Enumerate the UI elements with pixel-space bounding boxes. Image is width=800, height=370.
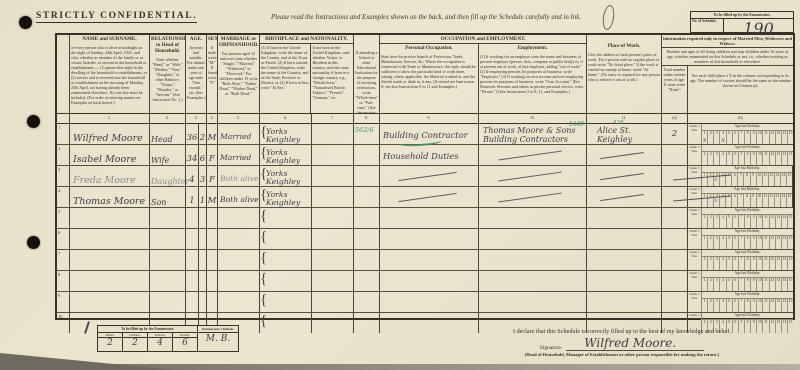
marriage-cell: Married: [218, 124, 260, 144]
children-total-cell: [662, 166, 688, 186]
birthplace-cell: {: [260, 313, 312, 333]
employment-cell: [479, 250, 587, 270]
declaration-text: I declare that this Schedule is correctl…: [452, 328, 792, 335]
employment-cell: [479, 229, 587, 249]
under-one-year-label: Under 1 Year.: [688, 145, 702, 165]
header-marriage: MARRIAGE or ORPHANHOOD. For persons aged…: [218, 35, 260, 113]
education-cell: [354, 250, 380, 270]
child-age-cross: x: [720, 135, 725, 144]
header-nationality: If not born in the United Kingdom, state…: [311, 44, 353, 113]
employment-cell: [479, 187, 587, 207]
marriage-cell: Both alive: [218, 166, 260, 186]
employment-cell: [479, 292, 587, 312]
row-number: 9: [57, 292, 70, 312]
header-row-number: [57, 35, 70, 113]
marriage-cell: [218, 208, 260, 228]
schedule-number-label: No. of Schedule.: [691, 19, 724, 32]
name-cell: Freda Moore: [70, 166, 150, 186]
header-sex: SEX. If male write "M." If female write …: [207, 35, 218, 113]
place-of-work-cell: [587, 292, 662, 312]
education-cell: [354, 166, 380, 186]
age-last-birthday-label: Age last Birthday.: [702, 187, 792, 194]
name-cell: Thomas Moore: [70, 187, 150, 207]
nationality-cell: [312, 208, 354, 228]
column-number-row: 1.2.3.4.5.6.7.8.9.10.11.(a)(b): [57, 114, 793, 124]
row-number: 10: [57, 313, 70, 333]
children-total-cell: [662, 187, 688, 207]
schedule-number-box: To be filled up by the Enumerator. No. o…: [690, 11, 794, 33]
schedule-row-8: 8{Under 1 Year.Age last Birthday.1234567…: [57, 271, 793, 292]
occupation-cell: [380, 250, 479, 270]
children-total-cell: [662, 250, 688, 270]
name-cell: [70, 208, 150, 228]
under-one-year-label: Under 1 Year.: [688, 208, 702, 228]
summary-header-rooms: Rooms.: [173, 333, 197, 337]
occupation-cell: Household Duties: [380, 145, 479, 165]
signature-value: Wilfred Moore.: [566, 336, 704, 351]
summary-value-persons: 4: [148, 338, 173, 351]
summary-header-persons: Persons.: [148, 333, 173, 337]
schedule-row-7: 7{Under 1 Year.Age last Birthday.1234567…: [57, 250, 793, 271]
age-last-birthday-label: Age last Birthday.: [702, 229, 793, 236]
occupation-cell: [380, 229, 479, 249]
relationship-cell: [150, 271, 186, 291]
birthplace-cell: {: [260, 229, 312, 249]
marriage-cell: [218, 229, 260, 249]
relationship-cell: [150, 250, 186, 270]
schedule-table: NAME and SURNAME. of every person who is…: [55, 33, 795, 320]
punch-hole: [19, 16, 32, 29]
header-age: AGE. In years and months. For infants un…: [186, 35, 207, 113]
marriage-cell: Married: [218, 145, 260, 165]
header-name: NAME and SURNAME. of every person who is…: [70, 35, 150, 113]
punch-hole: [27, 115, 40, 128]
age-months-cell: [199, 250, 207, 270]
children-age-grid: Under 1 Year.Age last Birthday.123456789…: [688, 250, 793, 270]
relationship-cell: Daughter: [150, 166, 186, 186]
birthplace-cell: {: [260, 208, 312, 228]
age-column-15: 15: [788, 236, 793, 249]
employment-cell: [479, 208, 587, 228]
name-cell: Wilfred Moore: [70, 124, 150, 144]
age-months-cell: 3: [199, 166, 207, 186]
ink-mark: [601, 4, 616, 30]
under-one-year-label: Under 1 Year.: [688, 250, 702, 270]
column-number: [57, 114, 70, 123]
summary-header-males: Males.: [98, 333, 123, 337]
children-total-cell: [662, 271, 688, 291]
header-relationship: RELATIONSHIP to Head of Household. State…: [150, 35, 186, 113]
schedule-row-6: 6{Under 1 Year.Age last Birthday.1234567…: [57, 229, 793, 250]
occupation-cell: [380, 271, 479, 291]
education-cell: [354, 145, 380, 165]
nationality-cell: [312, 229, 354, 249]
sex-cell: F: [207, 145, 218, 165]
age-last-birthday-label: Age last Birthday.: [702, 166, 792, 173]
column-number: (a): [662, 114, 688, 123]
birthplace-cell: {: [260, 250, 312, 270]
age-years-cell: 1: [186, 187, 199, 207]
sex-cell: M: [207, 187, 218, 207]
sex-cell: F: [207, 166, 218, 186]
children-total-cell: [662, 208, 688, 228]
header-personal-occupation: Personal Occupation. State here the prec…: [380, 44, 479, 113]
age-last-birthday-label: Age last Birthday.: [702, 271, 793, 278]
children-total-cell: 2: [662, 124, 688, 144]
nationality-cell: [312, 145, 354, 165]
schedule-row-5: 5{Under 1 Year.Age last Birthday.1234567…: [57, 208, 793, 229]
age-months-cell: [199, 229, 207, 249]
nationality-cell: [312, 250, 354, 270]
relationship-cell: [150, 229, 186, 249]
schedule-row-3: 3Freda MooreDaughter43FBoth alive{YorksK…: [57, 166, 793, 187]
place-of-work-cell: [587, 229, 662, 249]
schedule-row-1: 1Wilfred MooreHead362MMarried{YorksKeigh…: [57, 124, 793, 145]
age-years-cell: 4: [186, 166, 199, 186]
sex-cell: [207, 292, 218, 312]
table-body: 1Wilfred MooreHead362MMarried{YorksKeigh…: [57, 124, 793, 333]
name-cell: [70, 229, 150, 249]
age-column-15: 15: [788, 215, 793, 228]
age-column-15: 15: [788, 299, 793, 312]
age-last-birthday-label: Age last Birthday.: [702, 250, 793, 257]
schedule-row-2: 2Isabel MooreWife346FMarried{YorksKeighl…: [57, 145, 793, 166]
column-number: 9.: [380, 114, 479, 123]
place-of-work-cell: [587, 145, 662, 165]
column-number: 7.: [312, 114, 354, 123]
marriage-cell: [218, 271, 260, 291]
age-months-cell: 2: [199, 124, 207, 144]
declaration-block: I declare that this Schedule is correctl…: [452, 328, 792, 357]
column-number: 2.: [150, 114, 186, 123]
birthplace-cell: {: [260, 271, 312, 291]
age-years-cell: [186, 292, 199, 312]
declaration-note: (Head of Household, Manager of Establish…: [452, 352, 792, 357]
age-months-cell: [199, 271, 207, 291]
age-months-cell: 6: [199, 145, 207, 165]
under-one-year-label: Under 1 Year.: [688, 292, 702, 312]
education-cell: [354, 208, 380, 228]
enumerator-summary-box: To be filled up by the Enumerator. Males…: [97, 325, 239, 352]
age-last-birthday-label: Age last Birthday.: [702, 292, 793, 299]
marriage-cell: [218, 292, 260, 312]
sex-cell: [207, 208, 218, 228]
age-months-cell: [199, 292, 207, 312]
birthplace-cell: {YorksKeighley: [260, 124, 312, 144]
age-years-cell: [186, 271, 199, 291]
under-one-year-label: Under 1 Year.: [688, 271, 702, 291]
children-age-grid: Under 1 Year.Age last Birthday.123456789…: [688, 145, 793, 165]
row-number: 4: [57, 187, 70, 207]
header-birthplace: (1) If born in the United Kingdom, write…: [260, 44, 311, 113]
scan-corner: [0, 353, 175, 370]
enumerator-initials-value: M. B.: [198, 333, 238, 344]
header-occupation-group: OCCUPATION and EMPLOYMENT. Personal Occu…: [380, 35, 587, 113]
relationship-cell: Son: [150, 187, 186, 207]
education-cell: 562/6: [354, 124, 380, 144]
sex-cell: M: [207, 124, 218, 144]
employment-cell: [479, 145, 587, 165]
education-cell: [354, 229, 380, 249]
punch-hole: [27, 236, 40, 249]
marriage-cell: [218, 250, 260, 270]
education-cell: [354, 313, 380, 333]
age-months-cell: [199, 208, 207, 228]
column-number: 4.: [207, 114, 218, 123]
header-children-group: Information required only in respect of …: [662, 35, 793, 113]
summary-title: To be filled up by the Enumerator.: [98, 326, 197, 333]
nationality-cell: [312, 292, 354, 312]
schedule-row-9: 9{Under 1 Year.Age last Birthday.1234567…: [57, 292, 793, 313]
employment-cell: Thomas Moore & SonsBuilding Contractors1…: [479, 124, 587, 144]
paper-sheet: STRICTLY CONFIDENTIAL. Please read the I…: [0, 0, 800, 370]
age-column-15: 15: [788, 278, 793, 291]
column-number: (b): [688, 114, 793, 123]
occupation-cell: [380, 187, 479, 207]
education-cell: [354, 292, 380, 312]
row-number: 5: [57, 208, 70, 228]
name-cell: [70, 292, 150, 312]
under-one-year-label: Under 1 Year.: [688, 166, 702, 186]
age-years-cell: 34: [186, 145, 199, 165]
header-children-total: Total number under sixteen years of age.…: [662, 66, 688, 113]
under-one-year-label: Under 1 Year.: [688, 229, 702, 249]
summary-value-females: 2: [123, 338, 148, 351]
child-age-cross: x: [702, 135, 707, 144]
enumerator-box-title: To be filled up by the Enumerator.: [691, 12, 793, 19]
education-cell: [354, 187, 380, 207]
occupation-cell: [380, 292, 479, 312]
birthplace-cell: {: [260, 292, 312, 312]
employment-cell: [479, 166, 587, 186]
place-of-work-cell: [587, 208, 662, 228]
row-number: 2: [57, 145, 70, 165]
signature-label: Signature.: [540, 345, 562, 351]
row-number: 3: [57, 166, 70, 186]
children-age-grid: Under 1 Year.Age last Birthday.123456789…: [688, 208, 793, 228]
summary-header-females: Females.: [123, 333, 148, 337]
nationality-cell: [312, 166, 354, 186]
age-last-birthday-label: Age last Birthday.: [702, 145, 793, 152]
header-birthplace-group: BIRTHPLACE and NATIONALITY. (1) If born …: [260, 35, 354, 113]
fill-in-ink-instruction: Please read the Instructions and Example…: [252, 14, 600, 21]
schedule-row-4: 4Thomas MooreSon11MBoth alive{YorksKeigh…: [57, 187, 793, 208]
confidential-heading: STRICTLY CONFIDENTIAL.: [36, 11, 197, 23]
summary-value-rooms: 6: [173, 338, 197, 351]
row-number: 8: [57, 271, 70, 291]
age-last-birthday-label: Age last Birthday.: [702, 313, 793, 320]
occupation-cell: Building Contractor: [380, 124, 479, 144]
name-cell: [70, 250, 150, 270]
age-years-cell: 36: [186, 124, 199, 144]
age-last-birthday-label: Age last Birthday.: [702, 124, 793, 131]
column-number: 1.: [70, 114, 150, 123]
header-children-grid: For each child place a X in the column c…: [688, 66, 793, 113]
children-age-grid: Under 1 Year.Age last Birthday.123456789…: [688, 292, 793, 312]
employment-cell: [479, 271, 587, 291]
place-of-work-cell: Alice St.Keighley438: [587, 124, 662, 144]
name-cell: Isabel Moore: [70, 145, 150, 165]
summary-value-males: 2: [98, 338, 123, 351]
enumerator-initials-label: Enumerator's Initials.: [198, 326, 238, 333]
column-number: 6.: [260, 114, 312, 123]
place-of-work-cell: [587, 187, 662, 207]
relationship-cell: Wife: [150, 145, 186, 165]
header-employment: Employment. (1) If working for an employ…: [479, 44, 586, 113]
children-age-grid: Under 1 Year.Age last Birthday.123456789…: [688, 229, 793, 249]
marriage-cell: Both alive: [218, 187, 260, 207]
census-schedule-scan: STRICTLY CONFIDENTIAL. Please read the I…: [0, 0, 800, 370]
place-of-work-cell: [587, 250, 662, 270]
row-number: 6: [57, 229, 70, 249]
relationship-cell: Head: [150, 124, 186, 144]
nationality-cell: [312, 124, 354, 144]
age-column-15: 15: [788, 152, 793, 165]
age-column-15: 15: [788, 131, 793, 144]
column-number: 8.: [354, 114, 380, 123]
header-education: If attending a School or other Education…: [354, 35, 380, 113]
age-last-birthday-label: Age last Birthday.: [702, 208, 793, 215]
age-column-15: 15: [788, 257, 793, 270]
age-years-cell: [186, 229, 199, 249]
name-cell: [70, 271, 150, 291]
age-column-15: 15: [787, 194, 792, 207]
birthplace-cell: {YorksKeighley: [260, 166, 312, 186]
under-one-year-label: Under 1 Year.: [688, 187, 702, 207]
children-total-cell: [662, 292, 688, 312]
occupation-cell: [380, 208, 479, 228]
relationship-cell: [150, 208, 186, 228]
schedule-number-value: 190: [724, 19, 793, 32]
place-of-work-cell: [587, 271, 662, 291]
age-years-cell: [186, 208, 199, 228]
row-number: 7: [57, 250, 70, 270]
birthplace-cell: {YorksKeighley: [260, 145, 312, 165]
sex-cell: [207, 250, 218, 270]
sex-cell: [207, 271, 218, 291]
column-number: 11.: [587, 114, 662, 123]
place-of-work-cell: [587, 166, 662, 186]
nationality-cell: [312, 271, 354, 291]
column-number: 3.: [186, 114, 207, 123]
relationship-cell: [150, 292, 186, 312]
children-total-cell: [662, 145, 688, 165]
age-months-cell: 1: [199, 187, 207, 207]
children-age-grid: Under 1 Year.Age last Birthday.123456789…: [688, 271, 793, 291]
table-header: NAME and SURNAME. of every person who is…: [57, 35, 793, 114]
birthplace-cell: {YorksKeighley: [260, 187, 312, 207]
under-one-year-label: Under 1 Year.: [688, 124, 702, 144]
sex-cell: [207, 229, 218, 249]
column-number: 5.: [218, 114, 260, 123]
nationality-cell: [312, 313, 354, 333]
header-place-of-work: Place of Work. Give the address of each …: [587, 35, 662, 113]
nationality-cell: [312, 187, 354, 207]
children-age-grid: Under 1 Year.Age last Birthday.1x234x567…: [688, 124, 793, 144]
row-number: 1: [57, 124, 70, 144]
education-cell: [354, 271, 380, 291]
children-total-cell: [662, 229, 688, 249]
age-column-15: 15: [787, 173, 792, 186]
occupation-cell: [380, 166, 479, 186]
age-years-cell: [186, 250, 199, 270]
